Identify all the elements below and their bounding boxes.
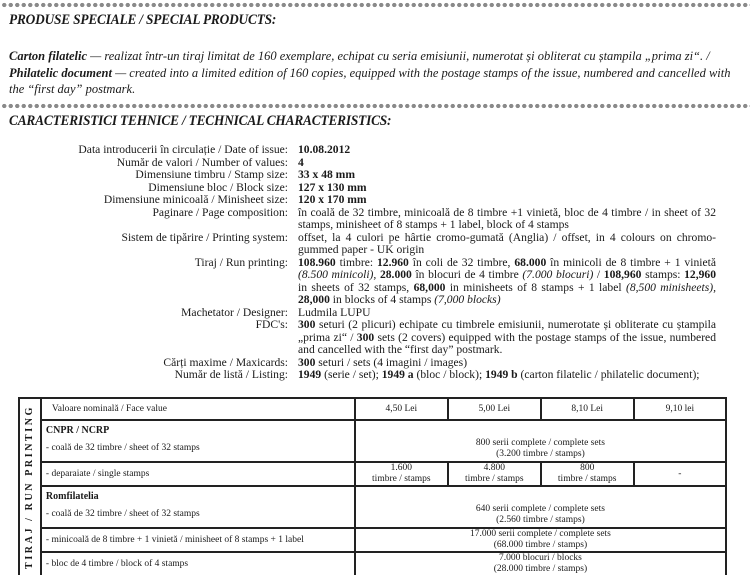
minisheet-stamps: (68.000 timbre / stamps) [360,540,721,551]
spec-value: 4 [298,157,716,170]
table-row: - deparaiate / single stamps 1.600timbre… [19,462,726,486]
table-row: - bloc de 4 timbre / block of 4 stamps 7… [19,552,726,575]
side-label-cell: TIRAJ / RUN PRINTING [19,398,41,575]
spec-value-text: 33 x 48 mm [298,168,355,181]
single-value: 4.800timbre / stamps [448,462,541,486]
spec-row: Paginare / Page composition:în coală de … [0,207,750,232]
spec-value: 120 x 170 mm [298,194,716,207]
romfilatelia-sheet-sets: 640 serii complete / complete sets [360,504,721,515]
spec-value-text: 4 [298,156,304,169]
spec-label: Sistem de tipărire / Printing system: [0,232,298,257]
spec-label: Machetator / Designer: [0,307,298,320]
romfilatelia-sheet-stamps: (2.560 timbre / stamps) [360,515,721,526]
spec-value: 1949 (serie / set); 1949 a (bloc / block… [298,369,716,382]
spec-value: 108.960 timbre: 12.960 în coli de 32 tim… [298,257,716,307]
face-value-label: Valoare nominală / Face value [41,398,355,420]
romfilatelia-block-value: 7.000 blocuri / blocks (28.000 timbre / … [355,552,726,575]
product-title-en: Philatelic document [9,65,112,80]
spec-row: Data introducerii în circulație / Date o… [0,144,750,157]
spec-value-text: 120 x 170 mm [298,193,367,206]
cnpr-group-label: CNPR / NCRP [46,423,350,436]
spec-row: Dimensiune minicoală / Minisheet size:12… [0,194,750,207]
cnpr-sheet-label-cell: CNPR / NCRP - coală de 32 timbre / sheet… [41,420,355,462]
face-value: 9,10 lei [634,398,726,420]
spec-value-text: 127 x 130 mm [298,181,367,194]
romfilatelia-minisheet-value: 17.000 serii complete / complete sets (6… [355,528,726,552]
table-row: TIRAJ / RUN PRINTING Valoare nominală / … [19,398,726,420]
face-value: 4,50 Lei [355,398,448,420]
cnpr-single-label: - deparaiate / single stamps [41,462,355,486]
table-row: - minicoală de 8 timbre + 1 vinietă / mi… [19,528,726,552]
minisheet-sets: 17.000 serii complete / complete sets [360,529,721,540]
side-label: TIRAJ / RUN PRINTING [24,405,35,569]
face-value: 5,00 Lei [448,398,541,420]
romfilatelia-group-label: Romfilatelia [46,489,350,502]
cnpr-sheet-stamps: (3.200 timbre / stamps) [360,449,721,460]
romfilatelia-sheet-label: - coală de 32 timbre / sheet of 32 stamp… [46,502,350,525]
cnpr-sheet-value: 800 serii complete / complete sets (3.20… [355,420,726,462]
single-value: 1.600timbre / stamps [355,462,448,486]
block-count: 7.000 blocuri / blocks [360,553,721,564]
single-unit: timbre / stamps [360,474,443,485]
spec-label: Număr de listă / Listing: [0,369,298,382]
spec-row: Număr de listă / Listing:1949 (serie / s… [0,369,750,382]
romfilatelia-minisheet-label: - minicoală de 8 timbre + 1 vinietă / mi… [41,528,355,552]
cnpr-sheet-sets: 800 serii complete / complete sets [360,438,721,449]
technical-specs: Data introducerii în circulație / Date o… [0,144,750,382]
spec-value: 300 seturi (2 plicuri) echipate cu timbr… [298,319,716,357]
spec-row: Număr de valori / Number of values:4 [0,157,750,170]
single-qty: 1.600 [360,463,443,474]
single-value: - [634,462,726,486]
spec-value: 10.08.2012 [298,144,716,157]
spec-label: Dimensiune timbru / Stamp size: [0,169,298,182]
run-printing-table: TIRAJ / RUN PRINTING Valoare nominală / … [18,397,727,575]
special-products-heading: PRODUSE SPECIALE / SPECIAL PRODUCTS: [9,12,276,29]
product-text-ro: — realizat într-un tiraj limitat de 160 … [87,48,710,63]
block-stamps: (28.000 timbre / stamps) [360,564,721,575]
spec-row: Sistem de tipărire / Printing system:off… [0,232,750,257]
spec-value: în coală de 32 timbre, minicoală de 8 ti… [298,207,716,232]
face-value: 8,10 Lei [541,398,634,420]
single-qty: 4.800 [453,463,536,474]
single-unit: timbre / stamps [453,474,536,485]
spec-label: FDC's: [0,319,298,357]
romfilatelia-sheet-value: 640 serii complete / complete sets (2.56… [355,486,726,528]
single-unit: timbre / stamps [546,474,629,485]
cnpr-sheet-label: - coală de 32 timbre / sheet of 32 stamp… [46,436,350,459]
spec-value-text: 10.08.2012 [298,143,350,156]
product-title-ro: Carton filatelic [9,48,87,63]
technical-heading: CARACTERISTICI TEHNICE / TECHNICAL CHARA… [9,113,391,130]
spec-label: Paginare / Page composition: [0,207,298,232]
special-products-text: Carton filatelic — realizat într-un tira… [9,48,739,98]
spec-value: offset, la 4 culori pe hârtie cromo-guma… [298,232,716,257]
single-qty: 800 [546,463,629,474]
single-value: 800timbre / stamps [541,462,634,486]
spec-label: Dimensiune minicoală / Minisheet size: [0,194,298,207]
table-row: CNPR / NCRP - coală de 32 timbre / sheet… [19,420,726,462]
spec-label: Data introducerii în circulație / Date o… [0,144,298,157]
dotted-separator [0,103,750,109]
dotted-separator [0,2,750,8]
single-qty: - [639,469,721,480]
spec-label: Tiraj / Run printing: [0,257,298,307]
romfilatelia-sheet-label-cell: Romfilatelia - coală de 32 timbre / shee… [41,486,355,528]
spec-row: Dimensiune timbru / Stamp size:33 x 48 m… [0,169,750,182]
romfilatelia-block-label: - bloc de 4 timbre / block of 4 stamps [41,552,355,575]
spec-row: FDC's:300 seturi (2 plicuri) echipate cu… [0,319,750,357]
table-row: Romfilatelia - coală de 32 timbre / shee… [19,486,726,528]
spec-row: Tiraj / Run printing:108.960 timbre: 12.… [0,257,750,307]
product-text-en: — created into a limited edition of 160 … [9,65,730,97]
